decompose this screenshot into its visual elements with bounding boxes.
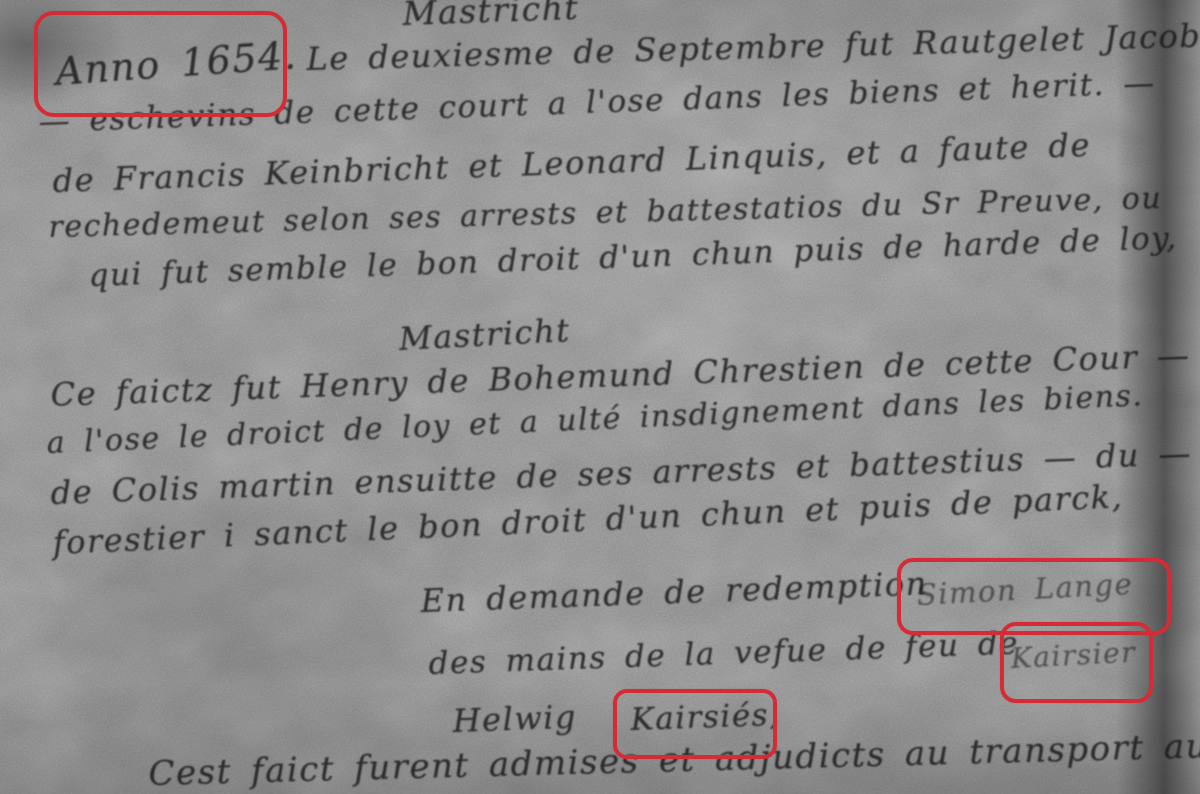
manuscript-scan-page: Mastricht Mastricht Anno 1654. Le deuxie… (0, 0, 1200, 794)
annotation-box-anno-1654 (34, 11, 287, 117)
manuscript-line: Helwig (452, 698, 577, 740)
annotation-box-kairsies-bottom (613, 689, 777, 759)
annotation-box-kairsier-right (1000, 622, 1153, 703)
